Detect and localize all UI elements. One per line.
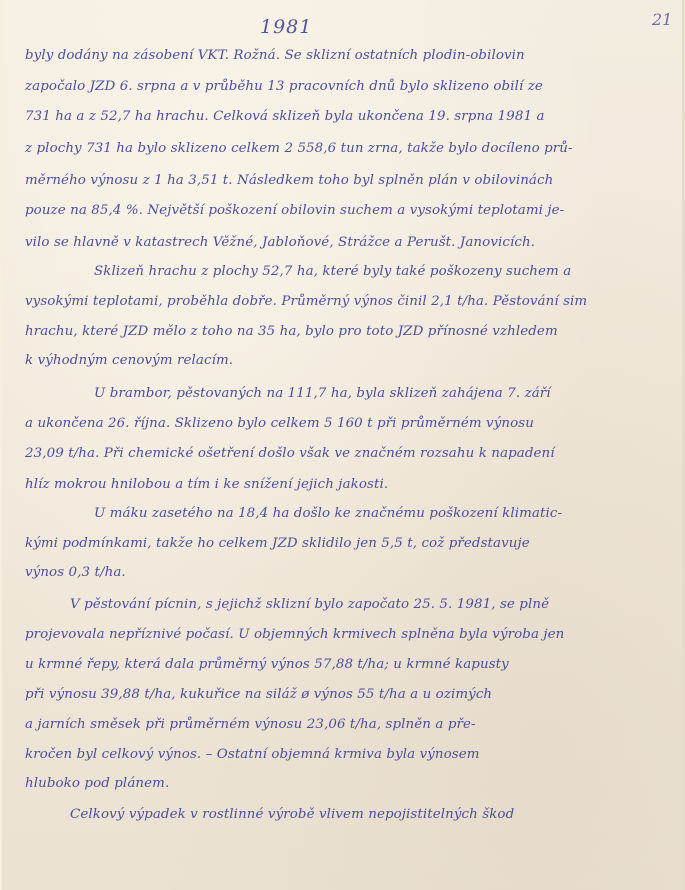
paragraph-start-line: U brambor, pěstovaných na 111,7 ha, byla… [94,385,674,403]
text-line: pouze na 85,4 %. Největší poškození obil… [25,202,605,220]
document-page: 1981 21 byly dodány na zásobení VKT. Rož… [0,0,685,890]
text-line: vilo se hlavně v katastrech Věžné, Jablo… [25,234,605,252]
text-line: byly dodány na zásobení VKT. Rožná. Se s… [25,47,605,65]
text-line: projevovala nepříznivé počasí. U objemný… [25,626,605,644]
paragraph-start-line: Celkový výpadek v rostlinné výrobě vlive… [70,806,650,824]
text-line: měrného výnosu z 1 ha 3,51 t. Následkem … [25,172,605,190]
text-line: 23,09 t/ha. Při chemické ošetření došlo … [25,445,605,463]
text-line: a jarních směsek při průměrném výnosu 23… [25,716,605,734]
paragraph-start-line: Sklizeň hrachu z plochy 52,7 ha, které b… [94,263,674,281]
page-number: 21 [652,10,672,29]
text-line: kými podmínkami, takže ho celkem JZD skl… [25,535,605,553]
year-heading: 1981 [260,16,312,38]
text-line: z plochy 731 ha bylo sklizeno celkem 2 5… [25,140,605,158]
paragraph-start-line: U máku zasetého na 18,4 ha došlo ke znač… [94,505,674,523]
text-line: u krmné řepy, která dala průměrný výnos … [25,656,605,674]
text-line: hlíz mokrou hnilobou a tím i ke snížení … [25,476,605,494]
text-line: k výhodným cenovým relacím. [25,352,605,370]
text-line: kročen byl celkový výnos. – Ostatní obje… [25,746,605,764]
text-line: vysokými teplotami, proběhla dobře. Prům… [25,293,605,311]
text-line: a ukončena 26. října. Sklizeno bylo celk… [25,415,605,433]
text-line: započalo JZD 6. srpna a v průběhu 13 pra… [25,78,605,96]
text-line: při výnosu 39,88 t/ha, kukuřice na siláž… [25,686,605,704]
text-line: hrachu, které JZD mělo z toho na 35 ha, … [25,323,605,341]
text-line: výnos 0,3 t/ha. [25,564,605,582]
paragraph-start-line: V pěstování pícnin, s jejichž sklizní by… [70,596,650,614]
text-line: 731 ha a z 52,7 ha hrachu. Celková skliz… [25,108,605,126]
text-line: hluboko pod plánem. [25,775,605,793]
